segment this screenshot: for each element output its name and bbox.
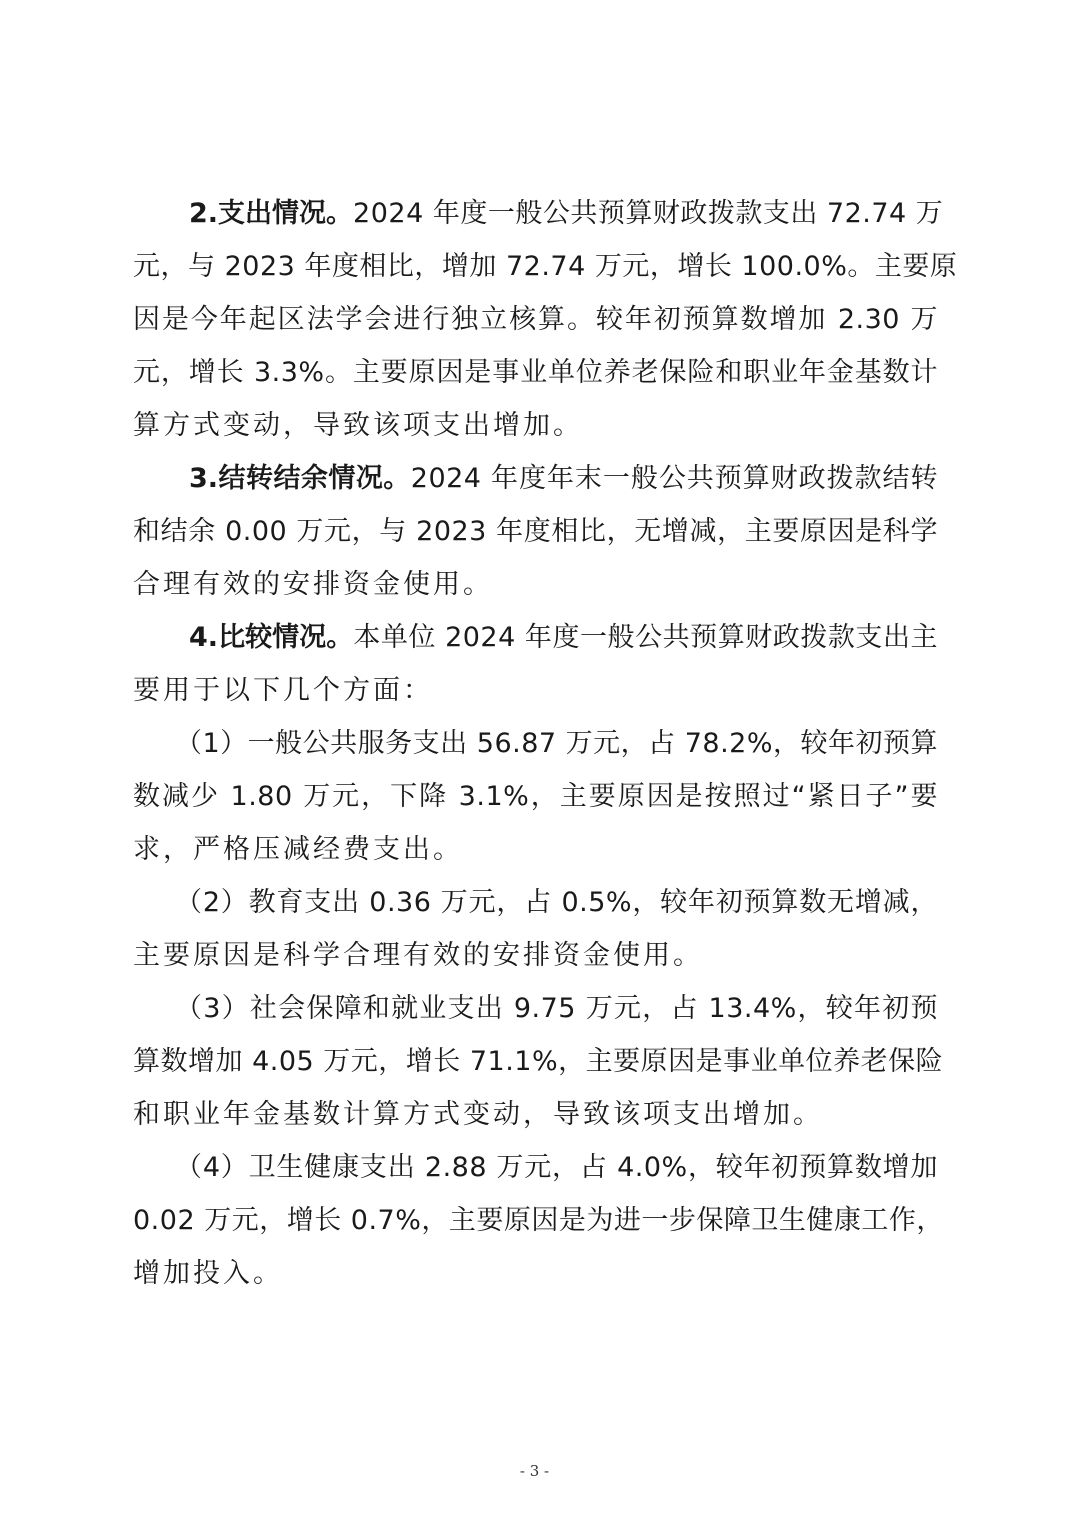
text-line: 和结余 0.00 万元，与 2023 年度相比，无增减，主要原因是科学 — [133, 508, 938, 561]
text-line: 主要原因是科学合理有效的安排资金使用。 — [133, 932, 938, 985]
section-heading: 2.支出情况。 — [189, 198, 353, 229]
document-body: 2.支出情况。2024 年度一般公共预算财政拨款支出 72.74 万 元，与 2… — [133, 190, 938, 1303]
text-line: 因是今年起区法学会进行独立核算。较年初预算数增加 2.30 万 — [133, 296, 938, 349]
text-line: 和职业年金基数计算方式变动，导致该项支出增加。 — [133, 1091, 938, 1144]
section-heading: 3.结转结余情况。 — [189, 463, 411, 494]
text-line: 算数增加 4.05 万元，增长 71.1%，主要原因是事业单位养老保险 — [133, 1038, 938, 1091]
text-line: 数减少 1.80 万元，下降 3.1%，主要原因是按照过“紧日子”要 — [133, 773, 938, 826]
paragraph-comparison: 4.比较情况。本单位 2024 年度一般公共预算财政拨款支出主 要用于以下几个方… — [133, 614, 938, 720]
text-line: 合理有效的安排资金使用。 — [133, 561, 938, 614]
document-page: 2.支出情况。2024 年度一般公共预算财政拨款支出 72.74 万 元，与 2… — [0, 0, 1069, 1515]
paragraph-carryover: 3.结转结余情况。2024 年度年末一般公共预算财政拨款结转 和结余 0.00 … — [133, 455, 938, 614]
text-line: 增加投入。 — [133, 1250, 938, 1303]
list-item-health: （4）卫生健康支出 2.88 万元，占 4.0%，较年初预算数增加 0.02 万… — [133, 1144, 938, 1303]
text-line: （3）社会保障和就业支出 9.75 万元，占 13.4%，较年初预 — [133, 985, 938, 1038]
page-number: - 3 - — [0, 1462, 1069, 1480]
paragraph-expenditure: 2.支出情况。2024 年度一般公共预算财政拨款支出 72.74 万 元，与 2… — [133, 190, 938, 455]
text-line: （2）教育支出 0.36 万元，占 0.5%，较年初预算数无增减， — [133, 879, 938, 932]
text-line: 元，与 2023 年度相比，增加 72.74 万元，增长 100.0%。主要原 — [133, 243, 938, 296]
text-line: 算方式变动，导致该项支出增加。 — [133, 402, 938, 455]
text-line: 2.支出情况。2024 年度一般公共预算财政拨款支出 72.74 万 — [133, 190, 938, 243]
text-line: 求，严格压减经费支出。 — [133, 826, 938, 879]
text-line: （1）一般公共服务支出 56.87 万元，占 78.2%，较年初预算 — [133, 720, 938, 773]
section-heading: 4.比较情况。 — [189, 622, 353, 653]
text-line: 4.比较情况。本单位 2024 年度一般公共预算财政拨款支出主 — [133, 614, 938, 667]
text-line: 要用于以下几个方面： — [133, 667, 938, 720]
text-line: （4）卫生健康支出 2.88 万元，占 4.0%，较年初预算数增加 — [133, 1144, 938, 1197]
text-line: 3.结转结余情况。2024 年度年末一般公共预算财政拨款结转 — [133, 455, 938, 508]
list-item-education: （2）教育支出 0.36 万元，占 0.5%，较年初预算数无增减， 主要原因是科… — [133, 879, 938, 985]
list-item-social-security: （3）社会保障和就业支出 9.75 万元，占 13.4%，较年初预 算数增加 4… — [133, 985, 938, 1144]
text-line: 元，增长 3.3%。主要原因是事业单位养老保险和职业年金基数计 — [133, 349, 938, 402]
list-item-general-public-services: （1）一般公共服务支出 56.87 万元，占 78.2%，较年初预算 数减少 1… — [133, 720, 938, 879]
text-line: 0.02 万元，增长 0.7%，主要原因是为进一步保障卫生健康工作， — [133, 1197, 938, 1250]
